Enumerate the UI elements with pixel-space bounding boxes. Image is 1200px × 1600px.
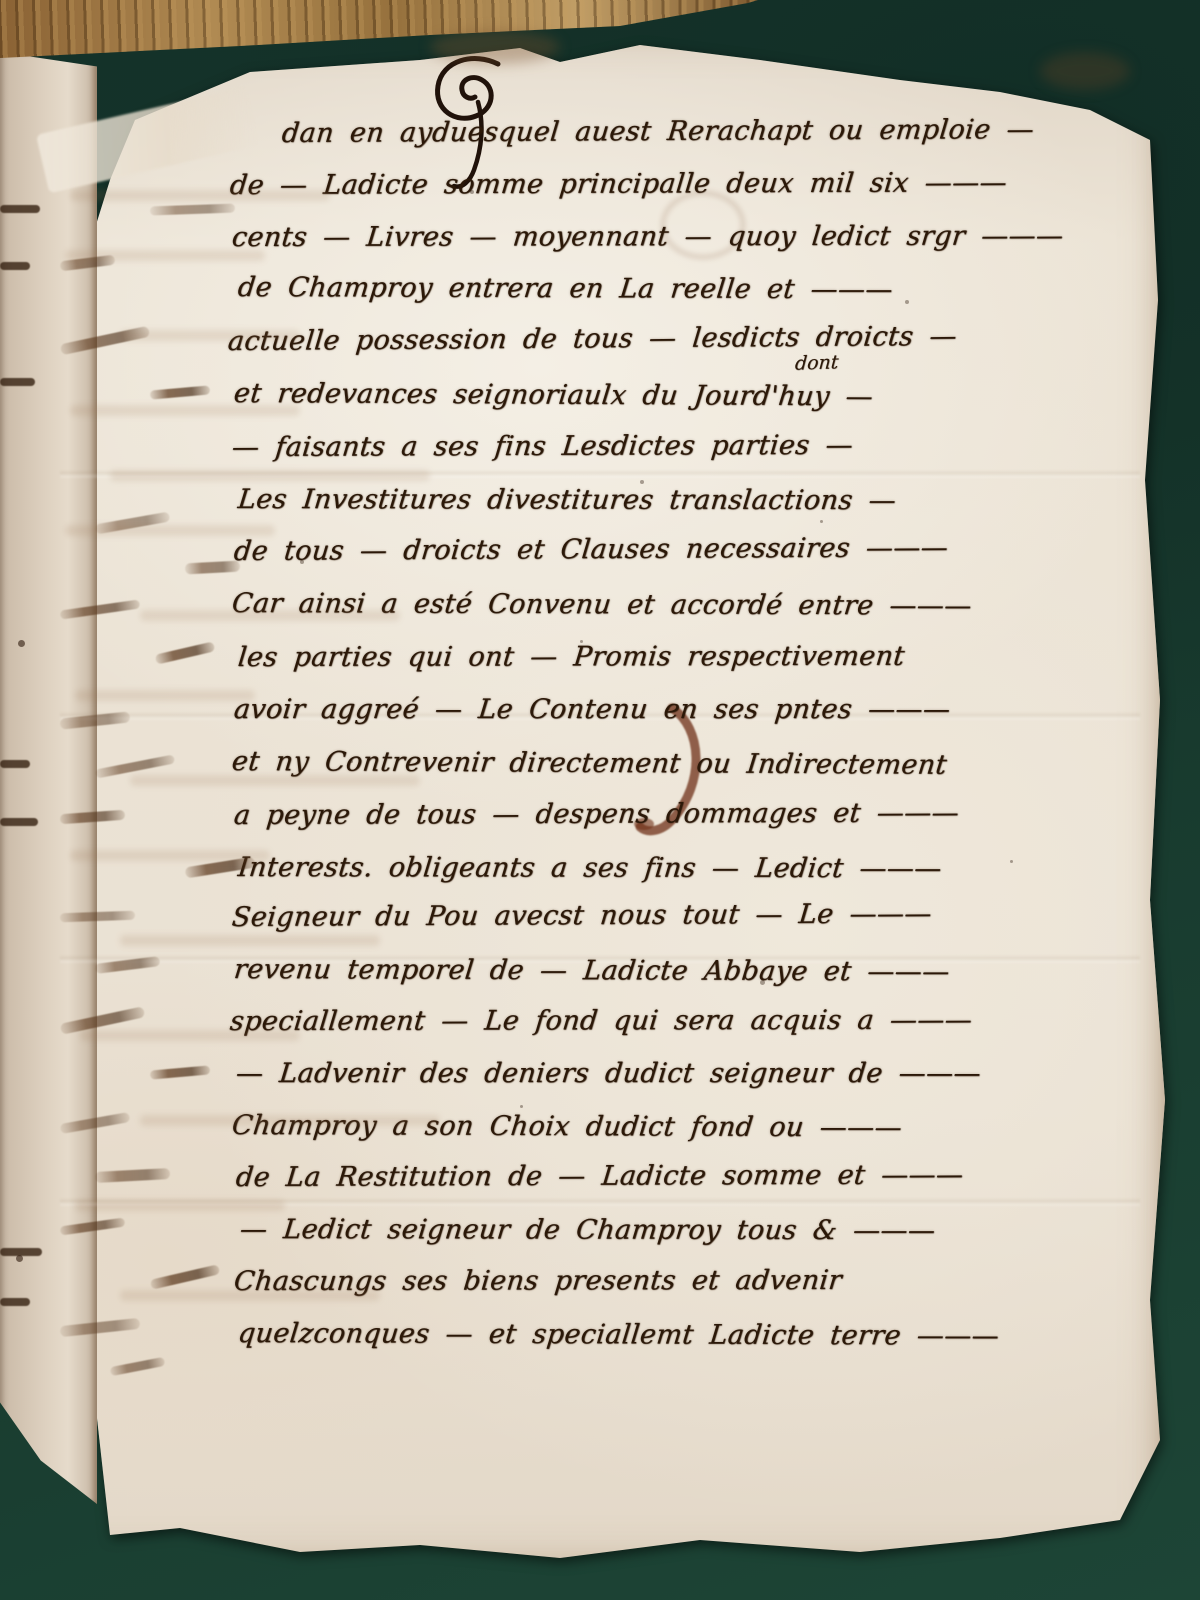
ink-dot [470,190,474,194]
manuscript-line: de Champroy entrera en La reelle et ——— [236,272,894,305]
stain [1040,52,1130,90]
ink-dot [300,560,304,564]
ghost-showthrough [80,1030,300,1041]
gutter-ink-stroke [0,818,38,826]
gutter-ink-stroke [0,760,30,768]
manuscript-photo: dan en ayduesquel auest Rerachapt ou emp… [0,0,1200,1600]
manuscript-line: — Ledict seigneur de Champroy tous & ——— [238,1214,937,1246]
manuscript-line: avoir aggreé — Le Contenu en ses pntes —… [232,694,952,725]
ghost-showthrough [70,405,300,416]
ink-dot [520,1105,523,1108]
manuscript-line: dan en ayduesquel auest Rerachapt ou emp… [280,114,1035,149]
ghost-showthrough [70,190,330,201]
ink-dot [580,640,583,643]
stain [430,30,560,64]
manuscript-line: quelzconques — et speciallemt Ladicte te… [236,1318,1000,1352]
manuscript-line: de La Restitution de — Ladicte somme et … [234,1159,965,1193]
manuscript-line: — Ladvenir des deniers dudict seigneur d… [234,1058,982,1089]
gutter-ink-stroke [0,262,30,270]
gutter-ink-stroke [0,1298,30,1306]
manuscript-line: cents — Livres — moyennant — quoy ledict… [230,221,1065,253]
manuscript-line: — faisants a ses fins Lesdictes parties … [230,430,854,463]
manuscript-line: a peyne de tous — despens dommages et ——… [232,797,960,831]
ghost-showthrough [65,250,265,261]
manuscript-line: Seigneur du Pou avecst nous tout — Le ——… [230,898,933,933]
ink-dot [1010,860,1013,863]
ink-dot [350,760,353,763]
ghost-showthrough [120,935,380,946]
manuscript-line: les parties qui ont — Promis respectivem… [236,641,906,673]
ink-dot [760,980,765,985]
manuscript-line: de — Ladicte somme principalle deux mil … [228,167,1008,201]
ghost-showthrough [75,1200,285,1211]
stitch-hole [16,1255,23,1262]
ghost-showthrough [70,850,270,861]
gutter-ink-stroke [0,378,35,386]
ghost-showthrough [120,330,300,341]
ink-dot [905,300,909,304]
ghost-showthrough [120,1290,380,1301]
manuscript-line: actuelle possession de tous — lesdicts d… [226,321,958,357]
manuscript-line: speciallement — Le fond qui sera acquis … [228,1005,973,1037]
ghost-showthrough [140,1115,440,1126]
ghost-showthrough [110,470,430,481]
gutter-ink-stroke [0,205,40,213]
manuscript-line: revenu temporel de — Ladicte Abbaye et —… [232,954,951,987]
manuscript-line: et redevances seignoriaulx du Jourd'huy … [232,378,874,412]
ghost-showthrough [140,610,400,621]
manuscript-line: Les Investitures divestitures translacti… [236,484,897,516]
ghost-showthrough [65,525,275,536]
manuscript-line: Interests. obligeants a ses fins — Ledic… [236,852,943,884]
ghost-showthrough [75,690,255,701]
stitch-hole [18,640,25,647]
ink-dot [820,520,823,523]
manuscript-line: de tous — droicts et Clauses necessaires… [232,532,949,567]
interline-insertion: dont [794,351,839,375]
ghost-showthrough [130,775,420,786]
ink-dot [640,480,644,484]
